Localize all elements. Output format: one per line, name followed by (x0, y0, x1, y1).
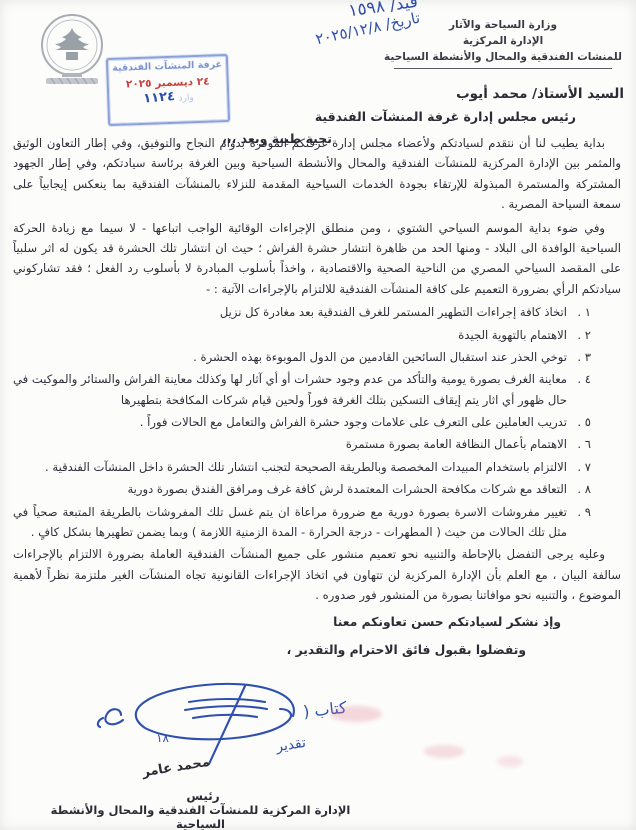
letterhead-central-administration: الإدارة المركزية (378, 34, 628, 50)
procedure-item: ١ . اتخاذ كافة إجراءات التطهير المستمر ل… (13, 302, 591, 322)
letterhead-underline (394, 68, 612, 69)
procedure-text: تغيير مفروشات الاسرة بصورة دورية مع ضرور… (13, 502, 567, 543)
procedure-item: ٢ . الاهتمام بالتهوية الجيدة (13, 325, 591, 345)
ministry-seal-eagle-icon (33, 12, 111, 92)
thanks-line: وإذ نشكر لسيادتكم حسن تعاونكم معنا (13, 612, 561, 634)
procedure-number: ٩ . (567, 502, 591, 543)
signature-annotation-1: كتاب ( (302, 698, 347, 721)
procedure-number: ٢ . (567, 325, 591, 345)
procedures-list: ١ . اتخاذ كافة إجراءات التطهير المستمر ل… (13, 302, 621, 542)
letterhead: وزارة السياحة والآثار الإدارة المركزية ل… (378, 18, 628, 69)
regards-line: وتفضلوا بقبول فائق الاحترام والتقدير ، (13, 640, 526, 662)
procedure-text: الاهتمام بأعمال النظافة العامة بصورة مست… (13, 434, 567, 454)
procedure-number: ٨ . (567, 479, 591, 499)
closing-paragraph: وعليه يرجى التفضل بالإحاطة والتنبيه نحو … (13, 544, 621, 605)
addressee-name: السيد الأستاذ/ محمد أيوب (0, 86, 624, 102)
procedure-item: ٦ . الاهتمام بأعمال النظافة العامة بصورة… (13, 434, 591, 454)
signature-mark: ١٨ (156, 731, 169, 745)
procedure-item: ٤ . معاينة الغرف بصورة يومية والتأكد من … (13, 369, 591, 410)
intro-paragraph: بداية يطيب لنا أن نتقدم لسيادتكم ولأعضاء… (13, 133, 621, 215)
procedure-text: اتخاذ كافة إجراءات التطهير المستمر للغرف… (13, 302, 567, 322)
procedure-item: ٧ . الالتزام باستخدام المبيدات المخصصة و… (13, 457, 591, 477)
letterhead-ministry: وزارة السياحة والآثار (378, 18, 628, 34)
procedure-text: توخي الحذر عند استقبال السائحين القادمين… (13, 347, 567, 367)
procedure-text: التعاقد مع شركات مكافحة الحشرات المعتمدة… (13, 479, 567, 499)
context-paragraph: وفي ضوء بداية الموسم السياحي الشتوي ، وم… (13, 218, 621, 300)
signatory-title: رئيس (176, 789, 230, 803)
procedure-text: الاهتمام بالتهوية الجيدة (13, 325, 567, 345)
letterhead-department: للمنشات الفندقية والمحال والأنشطة السياح… (378, 50, 628, 66)
addressee-title: رئيس مجلس إدارة غرفة المنشآت الفندقية (0, 109, 576, 124)
scanned-letter-page: قيد/ ١٥٩٨ تاريخ/ ٢٠٢٥/١٢/٨ وزارة السياحة… (0, 0, 636, 830)
procedure-item: ٣ . توخي الحذر عند استقبال السائحين القا… (13, 347, 591, 367)
letter-body: بداية يطيب لنا أن نتقدم لسيادتكم ولأعضاء… (13, 133, 621, 662)
procedure-number: ٧ . (567, 457, 591, 477)
procedure-text: معاينة الغرف بصورة يومية والتأكد من عدم … (13, 369, 567, 410)
procedure-text: تدريب العاملين على التعرف على علامات وجو… (13, 412, 567, 432)
procedure-item: ٥ . تدريب العاملين على التعرف على علامات… (13, 412, 591, 432)
ink-bleed-mark (497, 756, 523, 767)
procedure-number: ٤ . (567, 369, 591, 410)
procedure-number: ٣ . (567, 347, 591, 367)
ink-bleed-mark (424, 745, 464, 758)
procedure-number: ١ . (567, 302, 591, 322)
signatory-department: الإدارة المركزية للمنشآت الفندقية والمحا… (48, 803, 353, 830)
procedure-item: ٨ . التعاقد مع شركات مكافحة الحشرات المع… (13, 479, 591, 499)
procedure-number: ٥ . (567, 412, 591, 432)
stamp-chamber-name: غرفة المنشآت الفندقية (108, 59, 226, 74)
procedure-text: الالتزام باستخدام المبيدات المخصصة وبالط… (13, 457, 567, 477)
procedure-number: ٦ . (567, 434, 591, 454)
procedure-item: ٩ . تغيير مفروشات الاسرة بصورة دورية مع … (13, 502, 591, 543)
